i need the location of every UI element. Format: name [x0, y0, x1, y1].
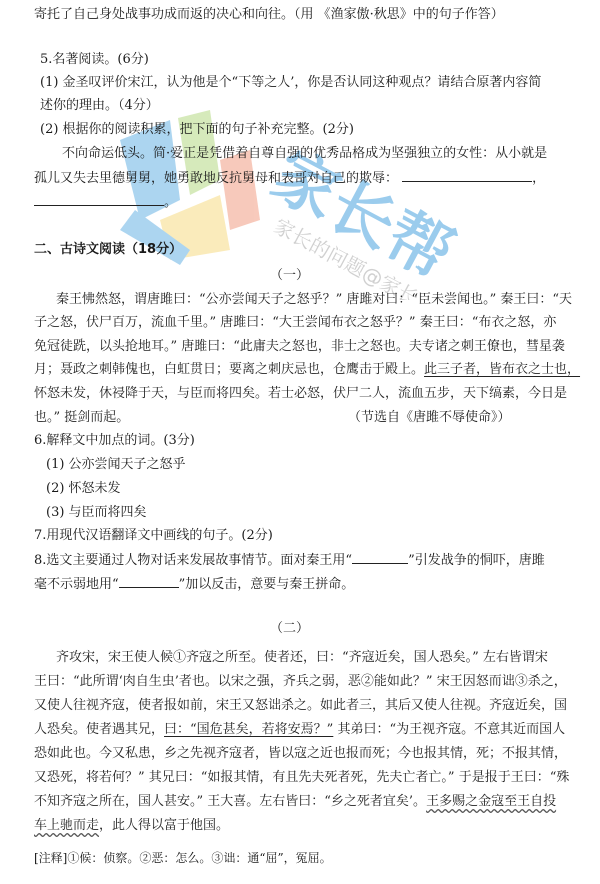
- passage2-line2: 王曰：“此所谓‘肉自生虫’者也。以宋之强，齐兵之弱，恶②能如此？” 宋王因怒而诎…: [34, 673, 567, 691]
- part2-label: （二）: [270, 620, 309, 638]
- q6-item-3: (3) 与臣而将四矣: [46, 504, 147, 522]
- passage2-line5: 恐如此也。今又私患，乡之先视齐寇者，皆以寇之近也报而死；今也报其情，死；不报其情…: [34, 745, 567, 763]
- passage1-source: （节选自《唐雎不辱使命》）: [348, 409, 511, 427]
- passage2-line6: 又恐死，将若何？” 其兄曰：“如报其情，有且先夫死者死，先夫亡者亡。” 于是报于…: [34, 769, 569, 787]
- part1-label: （一）: [270, 267, 309, 285]
- passage1-line2: 子之怒，伏尸百万，流血千里。” 唐雎曰：“大王尝闻布衣之怒乎？” 秦王曰：“布衣…: [34, 314, 556, 332]
- q5-paragraph-text: 孤儿又失去里德舅舅，她勇敢地反抗舅母和表哥对自己的欺辱：: [34, 171, 398, 186]
- underlined-sentence-2: 曰：“国危甚矣，若将安焉？”: [164, 722, 333, 737]
- wavy-underlined-sentence-cont: 车上驰而走: [34, 818, 99, 833]
- passage1-line1: 秦王怫然怒，谓唐雎曰：“公亦尝闻天子之怒乎？” 唐雎对曰：“臣未尝闻也。” 秦王…: [56, 291, 572, 309]
- wavy-underlined-sentence: 王多赐之金寇至王自投: [426, 794, 556, 809]
- passage2-line4: 人恐矣。使者遇其兄，曰：“国危甚矣，若将安焉？” 其弟曰：“为王视齐寇。不意其近…: [34, 721, 565, 739]
- q5-sub1-line2: 述你的理由。（4分）: [40, 97, 159, 115]
- q8-blank-1[interactable]: [352, 551, 408, 564]
- q5-paragraph-line2: 孤儿又失去里德舅舅，她勇敢地反抗舅母和表哥对自己的欺辱： ，: [34, 169, 545, 188]
- q5-sub2: (2) 根据你的阅读积累，把下面的句子补充完整。(2分): [40, 121, 354, 139]
- passage1-line3: 免冠徒跣，以头抢地耳。” 唐雎曰：“此庸夫之怒也，非士之怒也。夫专诸之刺王僚也，…: [34, 338, 565, 356]
- answer-blank-2[interactable]: [34, 193, 164, 206]
- q5-paragraph-line3: 。: [34, 193, 177, 212]
- answer-blank-1[interactable]: [402, 169, 532, 182]
- passage1-line5: 怀怒未发，休祲降于天，与臣而将四矣。若士必怒，伏尸二人，流血五步，天下缟素，今日…: [34, 385, 567, 403]
- intro-line: 寄托了自己身处战事功成而返的决心和向往。（用 《渔家傲·秋思》中的句子作答）: [34, 6, 504, 24]
- passage1-line4: 月；聂政之刺韩傀也，白虹贯日；要离之刺庆忌也，仓鹰击于殿上。此三子者，皆布衣之士…: [34, 361, 580, 379]
- q5-title: 5.名著阅读。(6分): [40, 51, 149, 69]
- section2-heading: 二、古诗文阅读（18分）: [34, 241, 182, 259]
- passage2-line3: 又使人往视齐寇，使者报如前，宋王又怒诎杀之。如此者三，其后又使人往视。齐寇近矣，…: [34, 697, 567, 715]
- underlined-sentence-1: 此三子者，皆布衣之士也，: [424, 362, 580, 377]
- q5-sub1-line1: (1) 金圣叹评价宋江，认为他是个“下等之人’，你是否认同这种观点？请结合原著内…: [40, 74, 541, 92]
- watermark-small-text: 家长的问题@家长: [270, 214, 423, 300]
- passage2-line7: 不知齐寇之所在，国人甚安。” 王大喜。左右皆曰：“乡之死者宜矣’。王多赐之金寇至…: [34, 793, 556, 811]
- passage1-line6: 也。” 挺剑而起。: [34, 409, 129, 427]
- q6-item-2: (2) 怀怒未发: [46, 480, 121, 498]
- q6-title: 6.解释文中加点的词。(3分): [34, 432, 195, 450]
- passage2-line1: 齐攻宋，宋王使人候①齐寇之所至。使者还，曰：“齐寇近矣，国人恐矣。” 左右皆谓宋: [56, 649, 548, 667]
- q5-paragraph-line1: 不向命运低头。简·爱正是凭借着自尊自强的优秀品格成为坚强独立的女性：从小就是: [62, 145, 547, 163]
- q8-line1: 8.选文主要通过人物对话来发展故事情节。面对秦王用“”引发战争的恫吓，唐雎: [34, 551, 545, 570]
- passage2-line8: 车上驰而走，此人得以富于他国。: [34, 817, 229, 835]
- notes: [注释]①候：侦察。②恶：怎么。③诎：通“屈”，冤屈。: [34, 849, 332, 867]
- q6-item-1: (1) 公亦尝闻天子之怒乎: [46, 456, 186, 474]
- q8-blank-2[interactable]: [119, 575, 179, 588]
- q8-line2: 毫不示弱地用“”加以反击，意要与秦王拼命。: [34, 575, 354, 594]
- q7: 7.用现代汉语翻译文中画线的句子。(2分): [34, 527, 273, 545]
